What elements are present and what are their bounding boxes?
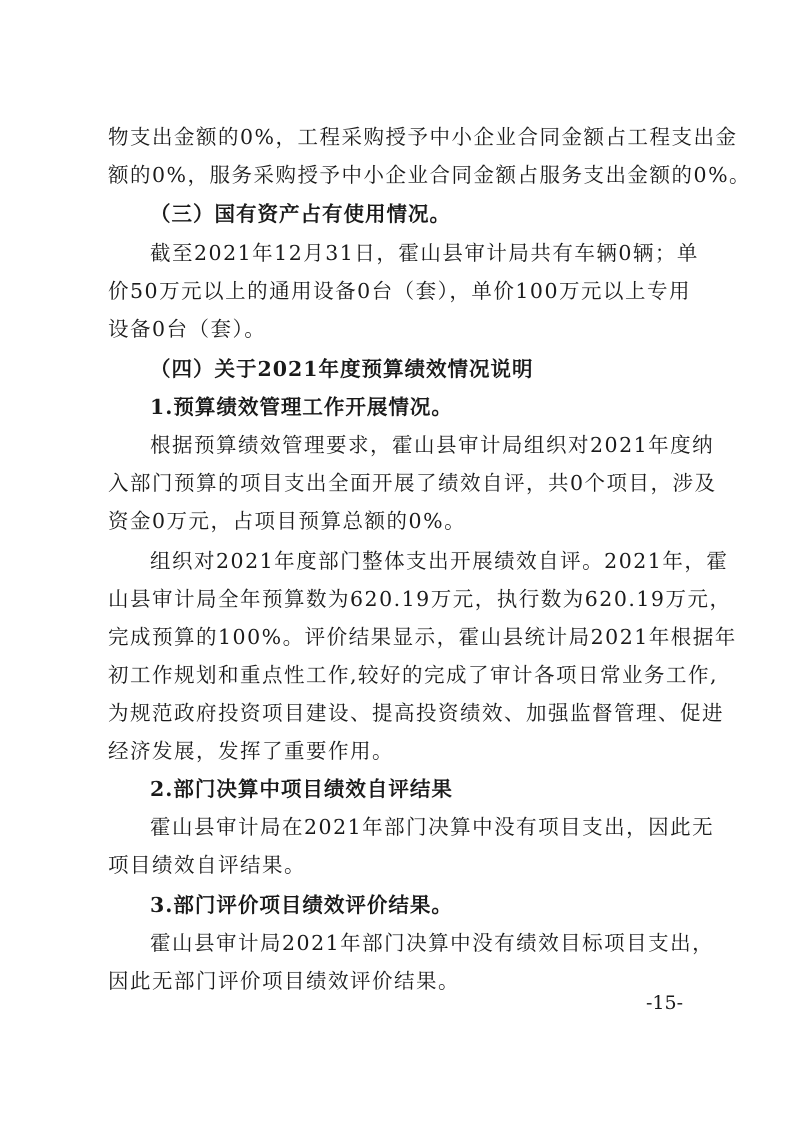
section-heading: （三）国有资产占有使用情况。 (108, 195, 686, 233)
paragraph-line: 经济发展，发挥了重要作用。 (108, 732, 686, 770)
paragraph-line: 因此无部门评价项目绩效评价结果。 (108, 962, 686, 1000)
paragraph-line: 截至2021年12月31日，霍山县审计局共有车辆0辆；单 (108, 234, 686, 272)
paragraph-line: 完成预算的100%。评价结果显示，霍山县统计局2021年根据年 (108, 618, 686, 656)
paragraph-line: 资金0万元，占项目预算总额的0%。 (108, 502, 686, 540)
section-heading: （四）关于2021年度预算绩效情况说明 (108, 350, 686, 388)
paragraph-line: 价50万元以上的通用设备0台（套），单价100万元以上专用 (108, 272, 686, 310)
paragraph-line: 物支出金额的0%，工程采购授予中小企业合同金额占工程支出金 (108, 118, 686, 156)
paragraph-line: 项目绩效自评结果。 (108, 846, 686, 884)
section-heading: 3.部门评价项目绩效评价结果。 (108, 886, 686, 924)
section-heading: 1.预算绩效管理工作开展情况。 (108, 388, 686, 426)
paragraph-line: 霍山县审计局2021年部门决算中没有绩效目标项目支出， (108, 924, 686, 962)
paragraph-line: 为规范政府投资项目建设、提高投资绩效、加强监督管理、促进 (108, 694, 686, 732)
paragraph-line: 入部门预算的项目支出全面开展了绩效自评，共0个项目，涉及 (108, 464, 686, 502)
paragraph-line: 额的0%，服务采购授予中小企业合同金额占服务支出金额的0%。 (108, 156, 686, 194)
section-heading: 2.部门决算中项目绩效自评结果 (108, 770, 686, 808)
paragraph-line: 设备0台（套）。 (108, 310, 686, 348)
paragraph-line: 山县审计局全年预算数为620.19万元，执行数为620.19万元， (108, 580, 686, 618)
paragraph-line: 霍山县审计局在2021年部门决算中没有项目支出，因此无 (108, 808, 686, 846)
paragraph-line: 根据预算绩效管理要求，霍山县审计局组织对2021年度纳 (108, 426, 686, 464)
paragraph-line: 初工作规划和重点性工作,较好的完成了审计各项日常业务工作, (108, 656, 686, 694)
paragraph-line: 组织对2021年度部门整体支出开展绩效自评。2021年，霍 (108, 542, 686, 580)
page-number: -15- (646, 988, 683, 1018)
